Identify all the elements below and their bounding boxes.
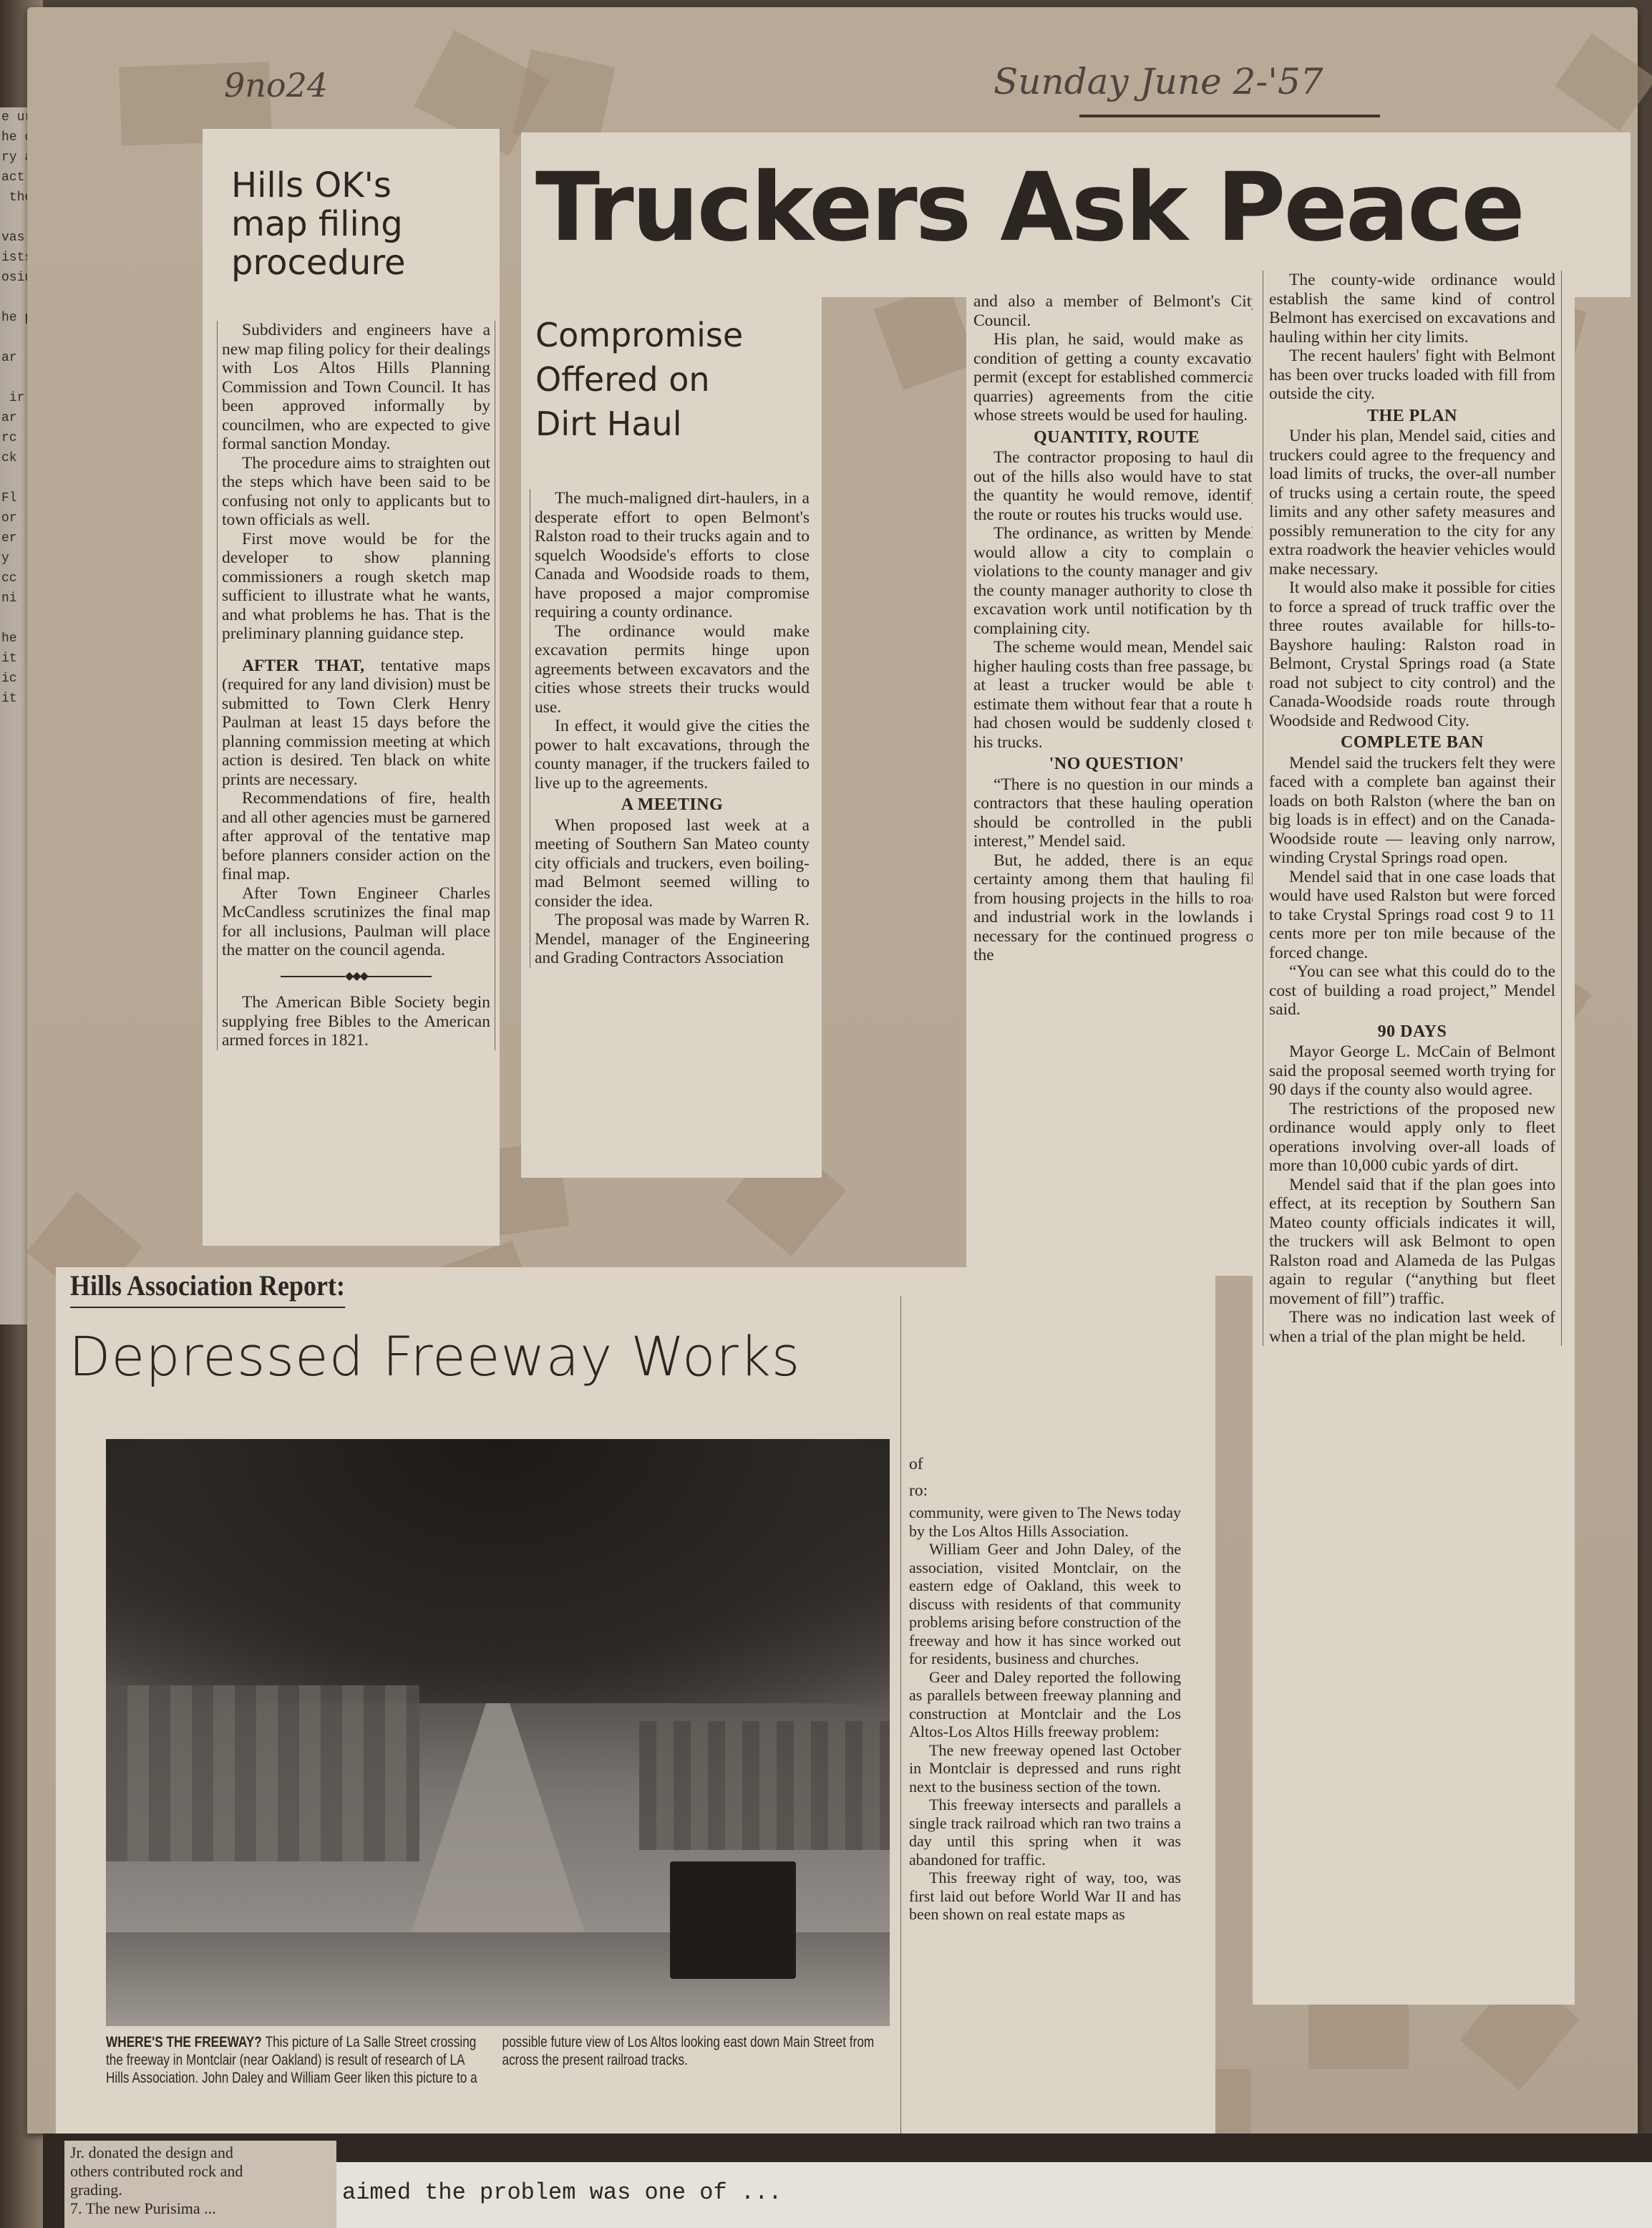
paragraph: The contractor proposing to haul dirt ou…	[973, 448, 1260, 524]
paragraph: But, he added, there is an equal certain…	[973, 851, 1260, 965]
paragraph: Under his plan, Mendel said, cities and …	[1269, 427, 1555, 578]
section-subhead: 'NO QUESTION'	[973, 755, 1260, 774]
headline: Truckers Ask Peace	[535, 154, 1523, 261]
paragraph: The county-wide ordinance would establis…	[1269, 271, 1555, 347]
bottom-clipping-fragment: Jr. donated the design and others contri…	[64, 2141, 336, 2228]
ornament-divider: ◆◆◆	[222, 967, 490, 987]
tape	[874, 283, 977, 390]
scrapbook-page: 9no24 Sunday June 2-'57 Hills OK's map f…	[27, 7, 1638, 2133]
paragraph: When proposed last week at a meeting of …	[535, 816, 810, 911]
paragraph: Geer and Daley reported the following as…	[909, 1668, 1181, 1741]
handwritten-note: 9no24	[224, 66, 328, 105]
paragraph: It would also make it possible for citie…	[1269, 578, 1555, 730]
subheadline: Compromise Offered on Dirt Haul	[535, 313, 743, 446]
paragraph: The scheme would mean, Mendel said, high…	[973, 638, 1260, 752]
section-subhead: COMPLETE BAN	[1269, 733, 1555, 752]
kicker: Hills Association Report:	[70, 1269, 345, 1308]
paragraph: The recent haulers' fight with Belmont h…	[1269, 347, 1555, 404]
paragraph: community, were given to The News today …	[909, 1503, 1181, 1540]
clipping-hills-map-filing: Hills OK's map filing procedure Subdivid…	[203, 129, 500, 1246]
article-column: and also a member of Belmont's City Coun…	[973, 292, 1265, 965]
clipping-truckers-col3: The county-wide ordinance would establis…	[1253, 265, 1575, 2005]
paragraph: This freeway intersects and parallels a …	[909, 1796, 1181, 1869]
clipping-truckers-col2: and also a member of Belmont's City Coun…	[966, 288, 1274, 1276]
paragraph: In effect, it would give the cities the …	[535, 717, 810, 793]
article-column: The county-wide ordinance would establis…	[1263, 271, 1562, 1346]
paragraph: Mendel said that if the plan goes into e…	[1269, 1176, 1555, 1309]
truck-in-photo	[670, 1861, 795, 1979]
paragraph: The new freeway opened last October in M…	[909, 1741, 1181, 1796]
section-subhead: 90 DAYS	[1269, 1022, 1555, 1042]
paragraph: The ordinance, as written by Mendel, wou…	[973, 524, 1260, 638]
section-subhead: THE PLAN	[1269, 407, 1555, 426]
tape	[1555, 34, 1652, 132]
article-body: Subdividers and engineers have a new map…	[217, 321, 495, 1050]
bottom-typed-fragment: aimed the problem was one of ...	[336, 2162, 1652, 2228]
paragraph: “There is no question in our minds as co…	[973, 775, 1260, 851]
handwritten-date: Sunday June 2-'57	[993, 61, 1323, 102]
paragraph: Mayor George L. McCain of Belmont said t…	[1269, 1042, 1555, 1100]
photo-caption: WHERE'S THE FREEWAY? This picture of La …	[106, 2033, 880, 2087]
paragraph: “You can see what this could do to the c…	[1269, 962, 1555, 1019]
photo-freeway-montclair	[106, 1439, 890, 2026]
paragraph: The restrictions of the proposed new ord…	[1269, 1100, 1555, 1176]
section-subhead: A MEETING	[535, 795, 810, 815]
headline: Hills OK's map filing procedure	[231, 166, 406, 282]
paragraph: There was no indication last week of whe…	[1269, 1308, 1555, 1346]
article-column: The much-maligned dirt-haulers, in a des…	[530, 489, 810, 968]
date-underline	[1079, 115, 1380, 117]
section-subhead: QUANTITY, ROUTE	[973, 428, 1260, 447]
freeway-fragment-top: of ro:	[909, 1455, 1181, 1500]
column-rule	[900, 1296, 901, 2133]
paragraph: Mendel said the truckers felt they were …	[1269, 754, 1555, 868]
paragraph: and also a member of Belmont's City Coun…	[973, 292, 1260, 330]
clipping-truckers-col1: Compromise Offered on Dirt Haul The much…	[521, 297, 822, 1178]
paragraph: Mendel said that in one case loads that …	[1269, 868, 1555, 963]
paragraph: The much-maligned dirt-haulers, in a des…	[535, 489, 810, 622]
article-column: community, were given to The News today …	[909, 1503, 1181, 1924]
paragraph: William Geer and John Daley, of the asso…	[909, 1540, 1181, 1668]
paragraph: This freeway right of way, too, was firs…	[909, 1869, 1181, 1924]
paragraph: The proposal was made by Warren R. Mende…	[535, 911, 810, 968]
paragraph: The ordinance would make excavation perm…	[535, 622, 810, 717]
headline: Depressed Freeway Works	[69, 1324, 800, 1388]
paragraph: His plan, he said, would make as a condi…	[973, 330, 1260, 425]
